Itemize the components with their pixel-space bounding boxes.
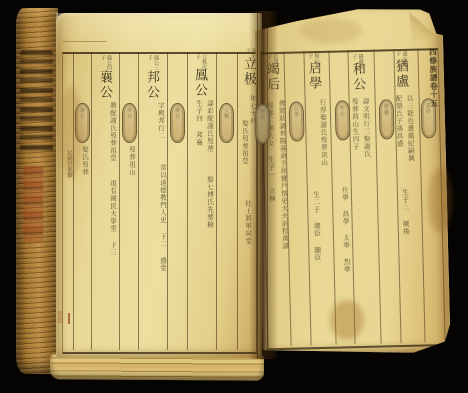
entry-name-header: 鳳公 <box>190 68 207 98</box>
column-rule <box>216 52 217 350</box>
entry-name-header: 和公 <box>348 62 366 92</box>
red-tally-mark <box>68 313 70 324</box>
entry-name-header: 启學 <box>304 61 322 91</box>
entry-detail: 生二子 潮臣 顯臣 <box>309 191 322 271</box>
spine-stamp-marks <box>20 50 53 154</box>
entry-detail: 生子四 邦襄 <box>192 100 203 162</box>
entry-name-header: 邦公 <box>142 70 159 100</box>
seal-text: 鳳公 <box>174 107 181 119</box>
seal-cartouche: 启學 <box>289 101 305 141</box>
entry-detail: 以三能也遺風紀嗣興 <box>403 95 416 189</box>
book-gutter <box>249 11 277 359</box>
column-rule <box>138 52 139 350</box>
paper-stain <box>300 18 362 44</box>
seal-cartouche: 邦公 <box>122 103 137 143</box>
paper-crease <box>63 41 107 42</box>
entry-detail: 諱文明行三娶謝氏 <box>359 98 372 172</box>
seal-cartouche: 鳳公 <box>170 103 185 143</box>
entry-detail: 生子二 厥後 <box>398 189 411 251</box>
folded-corner <box>408 11 436 43</box>
column-rule <box>91 52 92 350</box>
paper-stain <box>59 86 83 178</box>
spine-red-label <box>23 166 43 242</box>
entry-detail: 娶七傅氏先塟榆 <box>203 176 214 242</box>
seal-cartouche: 竭后 <box>255 104 270 144</box>
red-page-mark: 浮饴 <box>55 311 63 323</box>
seal-text: 启學 <box>293 105 300 117</box>
seal-text: 邦公 <box>126 107 133 119</box>
entry-name-header: 猶盧 <box>391 59 409 89</box>
seal-text: 和公 <box>339 104 346 116</box>
seal-text: 竭后 <box>259 108 266 120</box>
paper-stain <box>330 300 364 340</box>
seal-cartouche: 立极 <box>219 103 234 143</box>
entry-detail: 諱彩配謝氏歿塟 <box>203 100 214 170</box>
paper-stain <box>428 168 452 232</box>
entry-detail: 現有國民大學堂 下三 <box>106 180 117 292</box>
entry-detail: 歿葬祖山 <box>125 146 136 180</box>
column-rule <box>187 52 188 350</box>
bottom-page-stack <box>50 354 264 380</box>
entry-detail: 歿葬酉山生四子 <box>348 98 360 158</box>
entry-detail: 字殿邦行二 <box>154 102 165 160</box>
entry-prefix: 鳳公四子 <box>99 55 112 71</box>
entry-detail: 常以道德教門人史 下二 盛堂 <box>156 164 167 294</box>
entry-detail: 聘配謝氏歿葬祖塋 <box>106 102 117 176</box>
entry-detail: 行厚娶謝氏歿葬寅山 <box>316 99 329 173</box>
photo-of-open-genealogy-book: 鳳公四子 襄公 襄公 娶氏歿葬 聘配謝氏歿葬祖塋 現有國民大學堂 下三 鳳公三子… <box>0 0 468 393</box>
column-rule <box>119 52 120 350</box>
entry-prefix: 鳳公三子 <box>146 55 159 71</box>
entry-name-header: 襄公 <box>95 70 112 100</box>
book-spine <box>16 8 58 374</box>
column-rule <box>167 52 168 350</box>
seal-text: 立极 <box>223 107 230 119</box>
seal-text: 猶盧 <box>383 103 390 115</box>
